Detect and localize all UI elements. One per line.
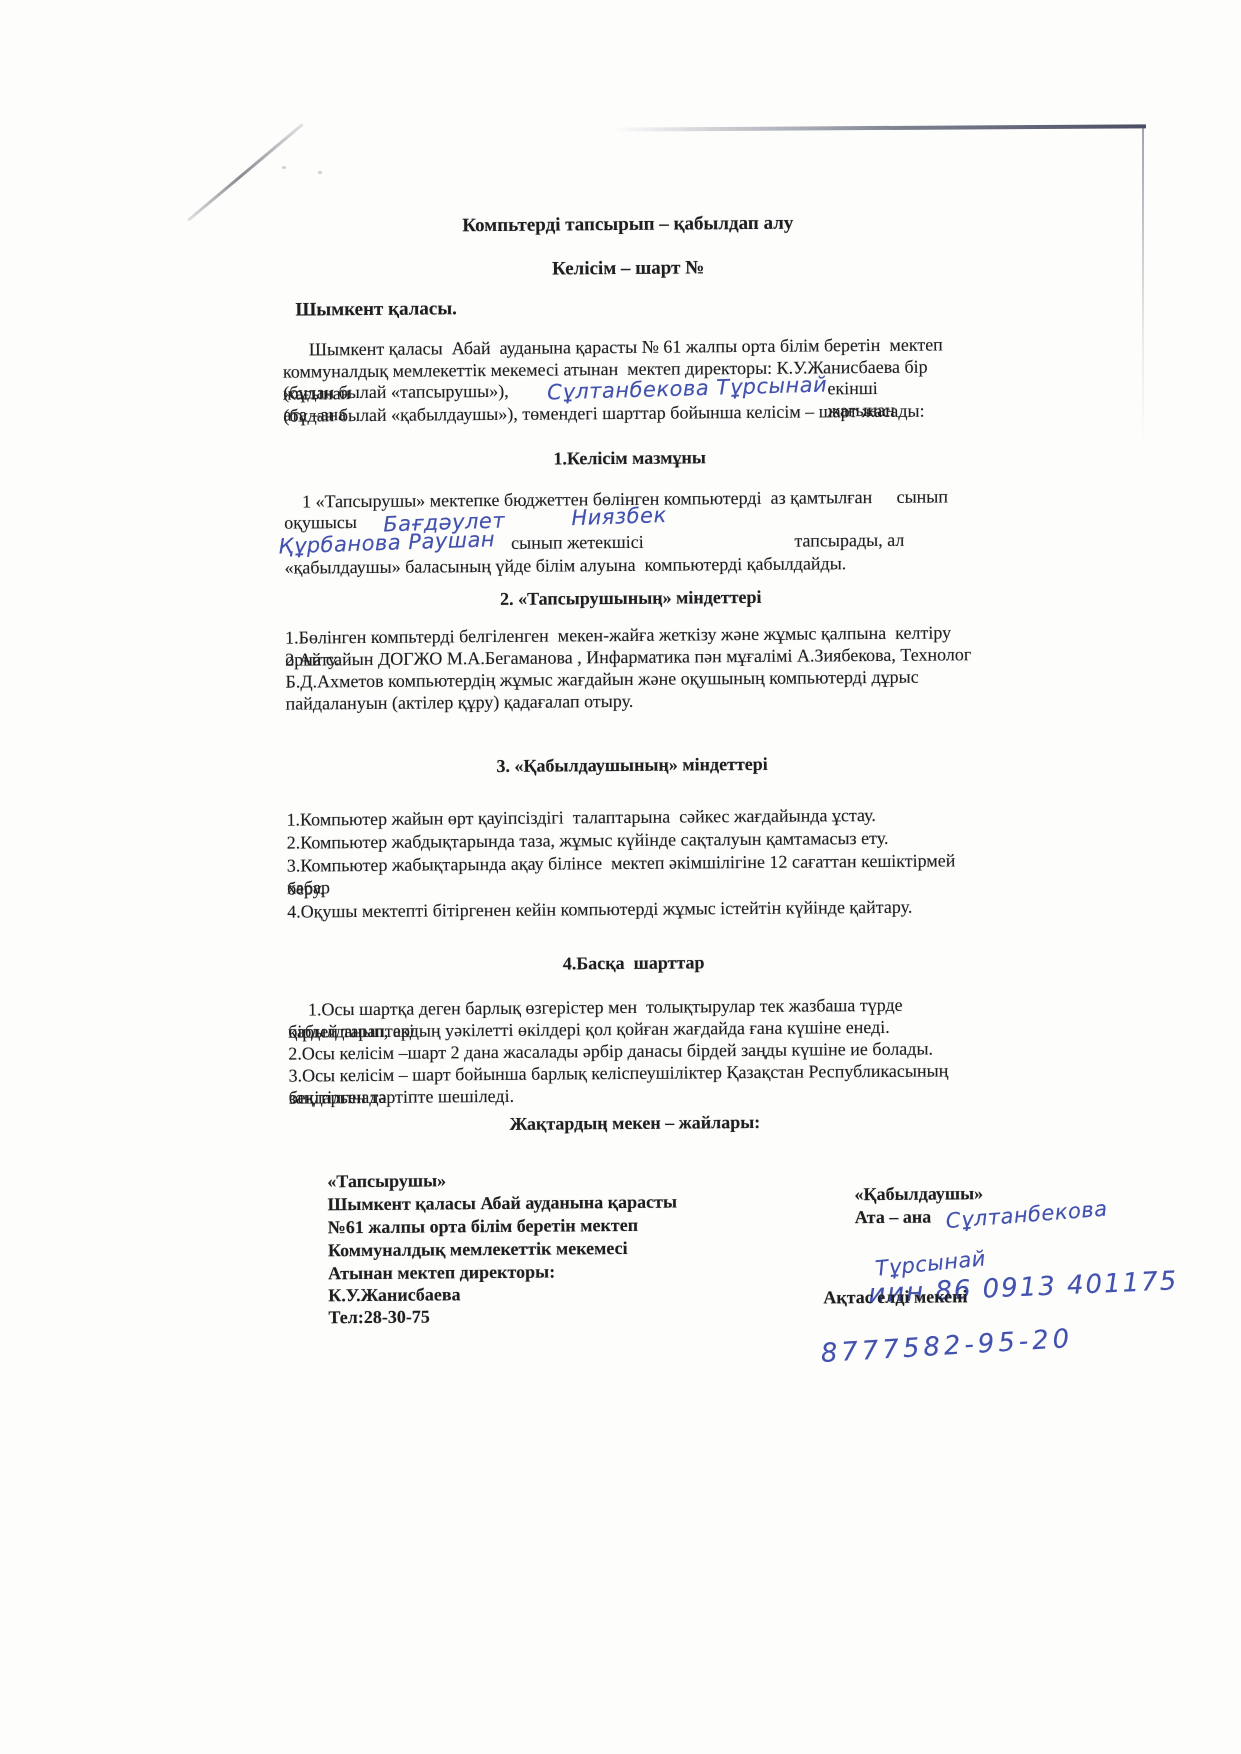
class-teacher-label: сынып жетекшісі	[511, 531, 644, 554]
handwritten-phone: 8777582-95-20	[793, 1312, 1073, 1382]
handwritten-teacher-name: Құрбанова Раушан	[278, 528, 495, 557]
city-line: Шымкент қаласы.	[295, 298, 457, 321]
section2-line: пайдалануын (актілер құру) қадағалап оты…	[286, 687, 978, 714]
left-party-phone: Тел:28-30-75	[328, 1306, 430, 1329]
contract-number-line: Келісім – шарт №	[282, 255, 974, 282]
section3-heading: 3. «Қабылдаушының» міндеттері	[286, 751, 978, 778]
right-party-role: «Қабылдаушы»	[854, 1182, 983, 1205]
left-party-role: «Тапсырушы»	[327, 1169, 446, 1192]
settlement-line: Ақтас елді мекені	[823, 1285, 967, 1308]
document-title: Компьтерді тапсырып – қабылдап алу	[282, 211, 974, 238]
parent-label: Ата – ана	[855, 1206, 932, 1229]
left-party-line: №61 жалпы орта білім беретін мектеп	[328, 1214, 638, 1238]
left-party-line: Атынан мектеп директоры:	[328, 1261, 555, 1285]
section2-heading: 2. «Тапсырушының» міндеттері	[285, 584, 977, 611]
section4-heading: 4.Басқа шарттар	[288, 949, 980, 976]
scanned-contract-page: Компьтерді тапсырып – қабылдап алу Келіс…	[0, 0, 1241, 1754]
section4-line: бекітілген тәртіпте шешіледі.	[289, 1081, 981, 1108]
left-party-director-name: К.У.Жанисбаева	[328, 1283, 461, 1306]
addresses-heading: Жақтардың мекен – жайлары:	[289, 1109, 981, 1136]
intro-line-4: (бұдан былай «қабылдаушы»), төмендегі ша…	[283, 399, 975, 426]
section3-line: 4.Оқушы мектепті бітіргенен кейін компью…	[287, 895, 979, 922]
left-party-line: Шымкент қаласы Абай ауданына қарасты	[327, 1191, 677, 1216]
right-party-parent-line: Ата – ана Сұлтанбекова	[855, 1203, 1108, 1228]
student-label: оқушысы	[284, 511, 357, 534]
document-sheet: Компьтерді тапсырып – қабылдап алу Келіс…	[0, 0, 1241, 1754]
handwritten-parent-name: Сұлтанбекова Тұрсынай	[547, 373, 828, 403]
section1-line-4: «қабылдаушы» баласының үйде білім алуына…	[284, 551, 976, 578]
section1-heading: 1.Келісім мазмұны	[284, 444, 976, 471]
left-party-line: Коммуналдық мемлекеттік мекемесі	[328, 1237, 628, 1261]
section1-line-3-tail: тапсырады, ал	[794, 529, 904, 552]
